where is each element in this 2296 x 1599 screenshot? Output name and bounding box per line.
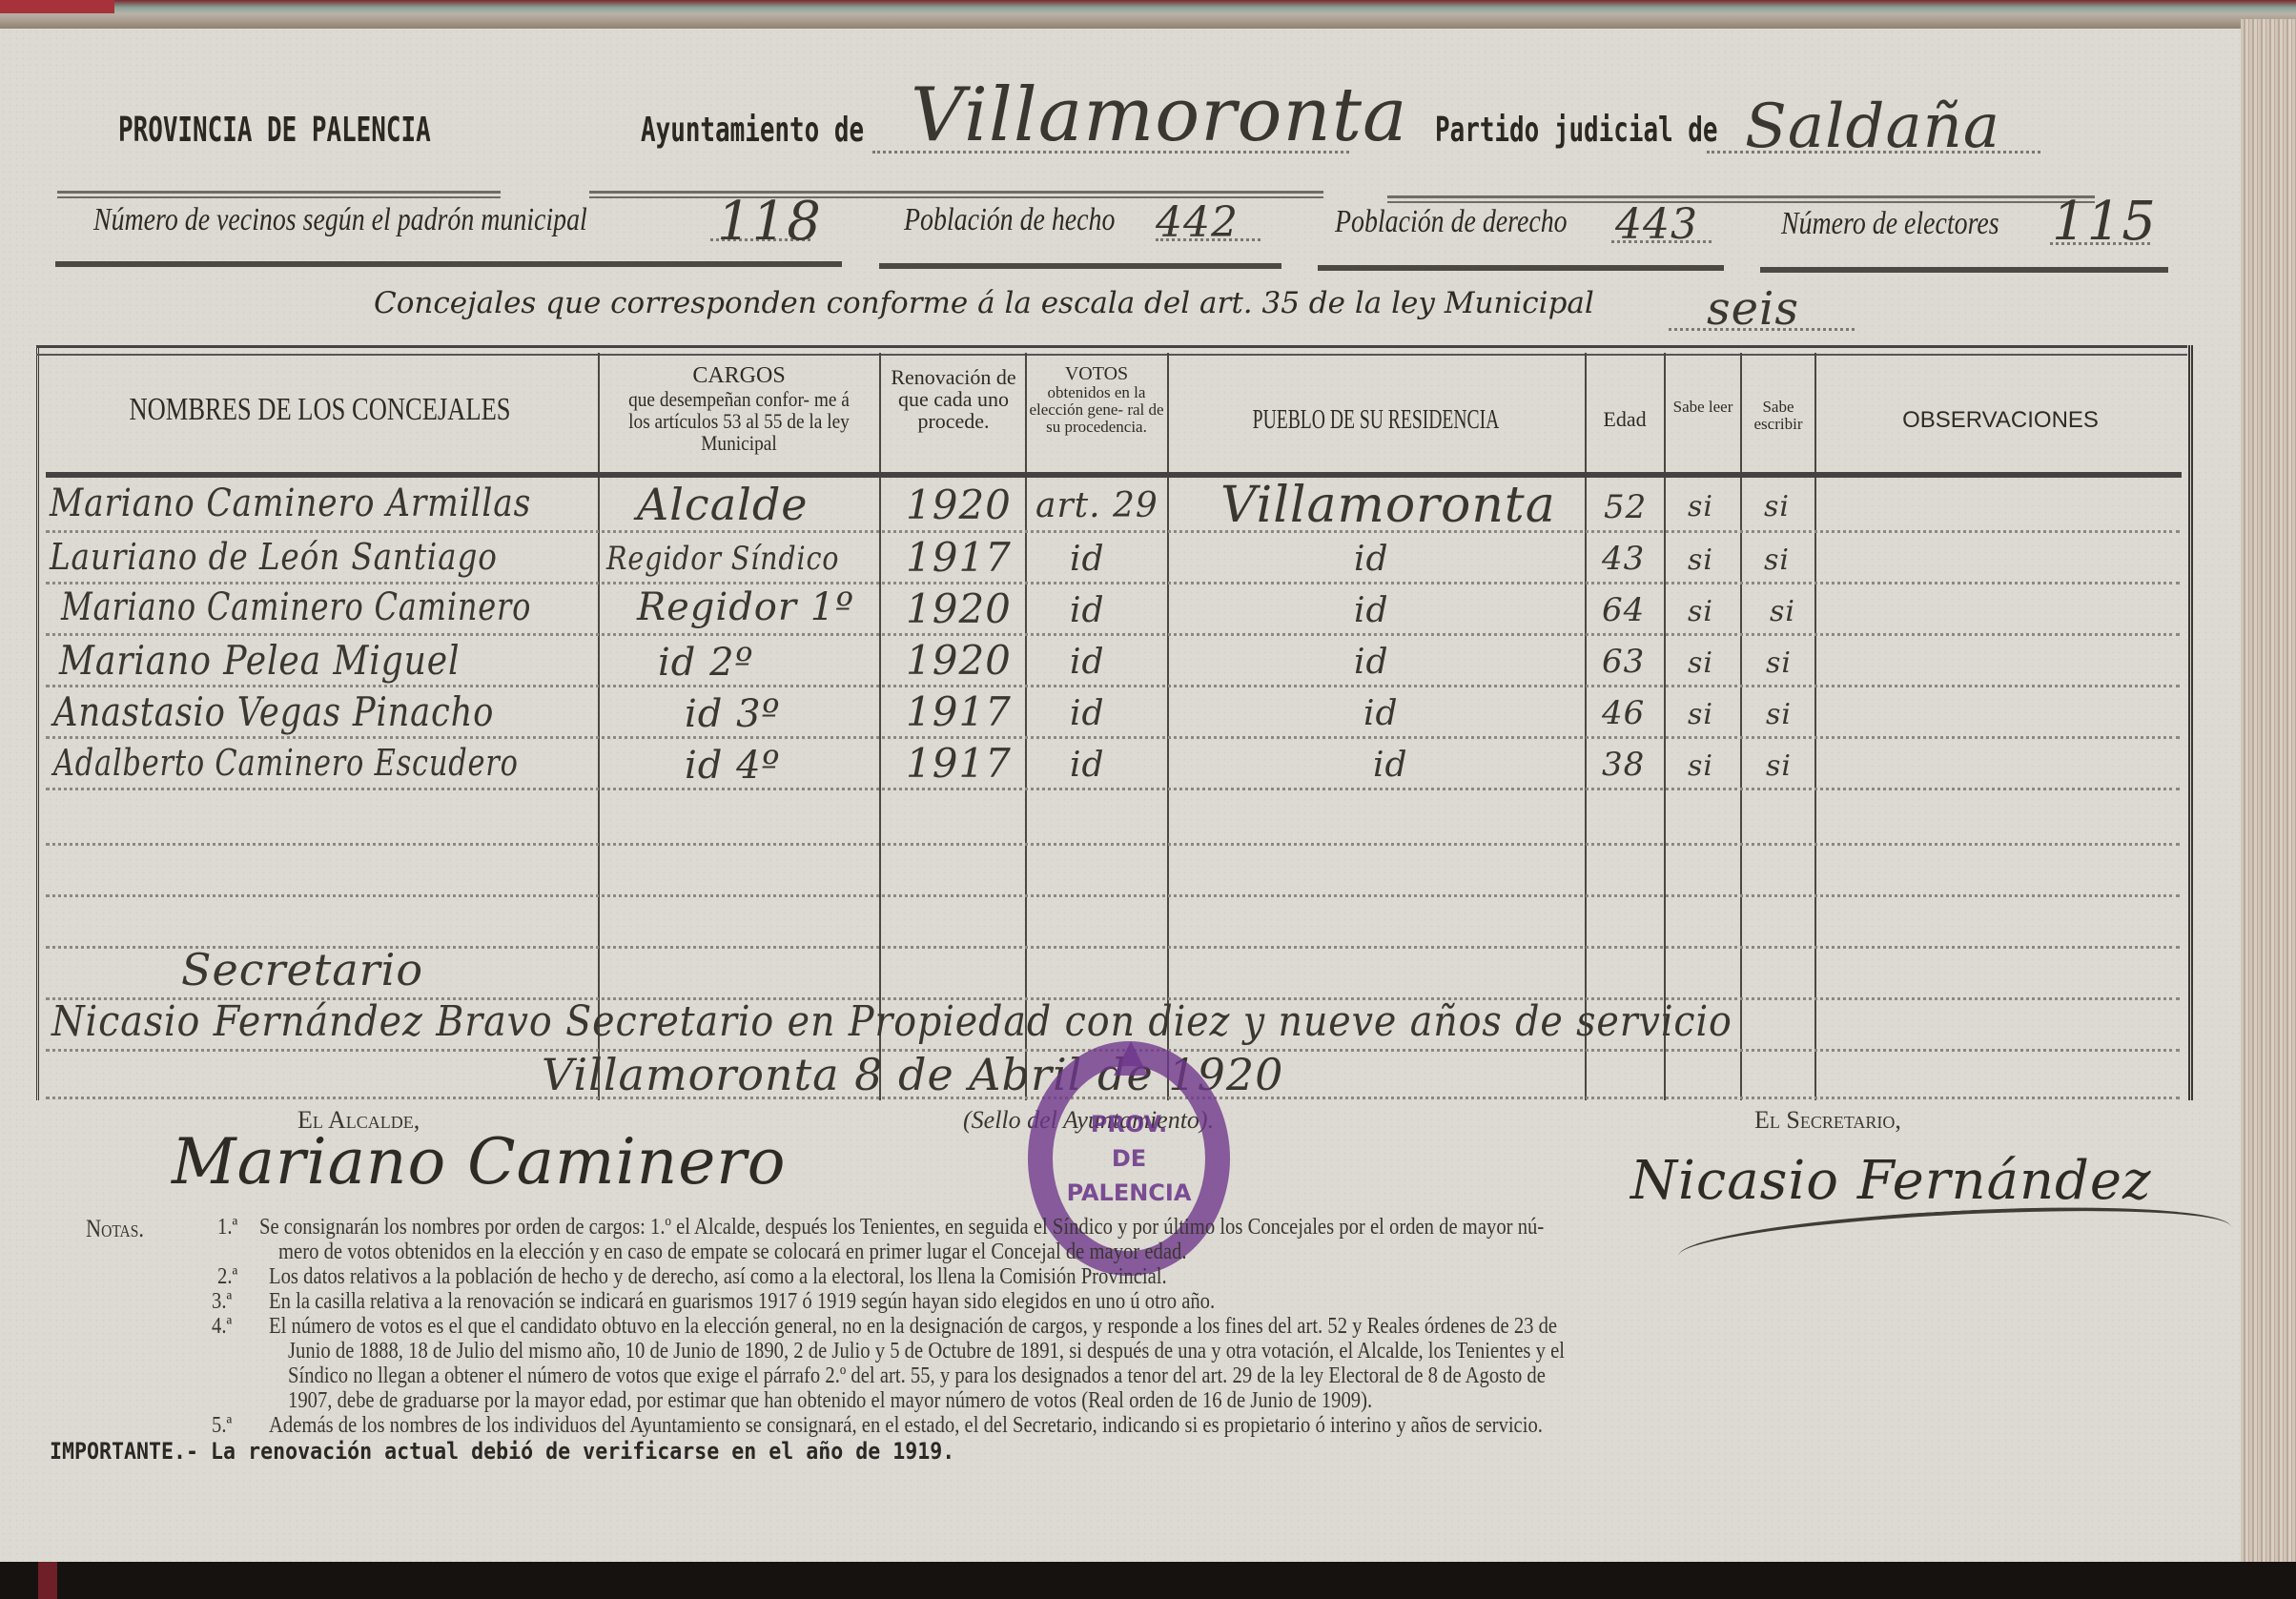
cell-cargo: Alcalde (637, 479, 809, 530)
column-header-pueblo: PUEBLO DE SU RESIDENCIA (1233, 406, 1520, 434)
column-divider (1025, 353, 1027, 1100)
column-header-cargos-title: CARGOS (601, 364, 877, 388)
poblacion-derecho-value: 443 (1615, 200, 1698, 249)
cell-votos: id (1070, 643, 1105, 682)
divider (1760, 267, 2168, 273)
cell-votos: id (1070, 591, 1105, 630)
table-top-rule (36, 345, 2187, 356)
cell-sabe-leer: si (1688, 595, 1713, 628)
column-header-edad: Edad (1587, 408, 1663, 430)
secretario-line: Nicasio Fernández Bravo Secretario en Pr… (51, 997, 1732, 1046)
cell-sabe-leer: si (1688, 646, 1713, 680)
note-line: mero de votos obtenidos en la elección y… (278, 1240, 1187, 1265)
important-notice: IMPORTANTE.- La renovación actual debió … (50, 1438, 954, 1465)
column-divider (1740, 353, 1742, 1100)
row-guide (46, 736, 2180, 739)
cell-edad: 64 (1602, 591, 1645, 629)
divider (1387, 195, 2095, 203)
cell-sabe-escribir: si (1766, 749, 1792, 783)
stamp-line: PROV. (1091, 1107, 1167, 1141)
column-divider (1585, 353, 1587, 1100)
note-number: 3.ª (212, 1289, 232, 1315)
secretario-label: El Secretario, (1754, 1106, 1901, 1135)
cell-renovacion: 1917 (906, 534, 1012, 581)
column-header-cargos: CARGOS que desempeñan confor- me á los a… (601, 364, 877, 454)
cell-sabe-escribir: si (1766, 646, 1792, 680)
cell-edad: 63 (1602, 643, 1645, 681)
row-guide (46, 633, 2180, 636)
column-header-votos-desc: obtenidos en la elección gene- ral de su… (1028, 384, 1165, 436)
column-header-renovacion: Renovación de que cada uno procede. (883, 366, 1024, 432)
cell-votos: id (1070, 694, 1105, 733)
cell-sabe-leer: si (1688, 749, 1713, 783)
poblacion-derecho-label: Población de derecho (1335, 204, 1568, 240)
divider (1318, 265, 1724, 271)
column-header-observaciones: OBSERVACIONES (1817, 408, 2183, 432)
note-line: Síndico no llegan a obtener el número de… (288, 1363, 1546, 1389)
column-header-votos-title: VOTOS (1028, 364, 1165, 384)
row-guide (46, 894, 2180, 897)
cell-renovacion: 1920 (906, 585, 1012, 632)
note-number: 1.ª (217, 1215, 237, 1240)
cell-renovacion: 1920 (906, 637, 1012, 684)
cell-sabe-escribir: si (1764, 543, 1790, 577)
cell-sabe-leer: si (1688, 543, 1713, 577)
cell-edad: 52 (1604, 488, 1647, 526)
note-line: El número de votos es el que el candidat… (269, 1314, 1557, 1340)
cell-nombre: Mariano Caminero Caminero (61, 585, 531, 629)
divider (55, 261, 842, 267)
row-guide (46, 843, 2180, 846)
divider (879, 263, 1281, 269)
column-divider (598, 353, 600, 1100)
partido-label: Partido judicial de (1435, 111, 1718, 150)
province-title: PROVINCIA DE PALENCIA (118, 111, 431, 150)
cell-nombre: Anastasio Vegas Pinacho (53, 688, 494, 735)
cell-sabe-leer: si (1688, 490, 1713, 523)
partido-value: Saldaña (1745, 92, 2000, 162)
cell-renovacion: 1917 (906, 688, 1012, 735)
note-line: Los datos relativos a la población de he… (269, 1264, 1167, 1290)
secretario-heading: Secretario (181, 944, 423, 995)
stamp-line: DE (1112, 1141, 1146, 1176)
cell-nombre: Lauriano de León Santiago (50, 536, 498, 578)
column-header-nombres: NOMBRES DE LOS CONCEJALES (106, 393, 534, 427)
row-guide (46, 788, 2180, 790)
poblacion-hecho-label: Población de hecho (904, 202, 1115, 238)
cell-sabe-escribir: si (1766, 698, 1792, 731)
note-line: En la casilla relativa a la renovación s… (269, 1289, 1215, 1315)
cell-sabe-escribir: si (1764, 490, 1790, 523)
secretario-signature: Nicasio Fernández (1630, 1150, 2152, 1212)
column-header-sabe-escribir: Sabe escribir (1743, 399, 1814, 433)
column-header-cargos-desc: que desempeñan confor- me á los artículo… (617, 388, 860, 454)
cell-nombre: Mariano Pelea Miguel (59, 637, 460, 684)
book-bottom-edge (0, 1562, 2296, 1599)
book-top-edge (0, 0, 2296, 32)
row-guide (46, 685, 2180, 687)
cell-sabe-escribir: si (1770, 595, 1795, 628)
cell-votos: id (1070, 746, 1105, 785)
cell-pueblo: id (1354, 540, 1389, 579)
alcalde-signature: Mariano Caminero (172, 1125, 787, 1199)
cell-sabe-leer: si (1688, 698, 1713, 731)
note-number: 4.ª (212, 1314, 232, 1340)
column-divider (879, 353, 881, 1100)
row-guide (46, 530, 2180, 533)
header-rule (46, 472, 2182, 478)
column-divider (1814, 353, 1816, 1100)
concejales-value: seis (1707, 282, 1799, 336)
cell-cargo: Regidor 1º (637, 585, 854, 629)
cell-cargo: id 2º (658, 641, 753, 685)
row-guide (46, 582, 2180, 584)
note-line: Se consignarán los nombres por orden de … (259, 1215, 1544, 1240)
note-number: 5.ª (212, 1413, 232, 1439)
note-line: 1907, debe de graduarse por la mayor eda… (288, 1388, 1372, 1414)
concejales-label: Concejales que corresponden conforme á l… (374, 286, 1594, 320)
cell-edad: 38 (1602, 746, 1645, 784)
cell-cargo: id 3º (685, 692, 780, 736)
notes-label: Notas. (86, 1215, 144, 1243)
vecinos-value: 118 (717, 191, 822, 253)
note-line: Junio de 1888, 18 de Julio del mismo año… (288, 1339, 1565, 1364)
cell-votos: art. 29 (1035, 486, 1158, 525)
ayuntamiento-value: Villamoronta (911, 72, 1408, 158)
cell-nombre: Mariano Caminero Armillas (50, 482, 531, 525)
cell-cargo: Regidor Síndico (606, 540, 839, 578)
book-page-edges (2241, 19, 2296, 1573)
cell-cargo: id 4º (685, 744, 780, 788)
column-header-votos: VOTOS obtenidos en la elección gene- ral… (1028, 364, 1165, 436)
cell-pueblo: id (1354, 591, 1389, 630)
cell-pueblo: id (1373, 746, 1408, 785)
cell-nombre: Adalberto Caminero Escudero (53, 742, 519, 784)
ayuntamiento-label: Ayuntamiento de (641, 111, 864, 150)
electores-value: 115 (2052, 191, 2157, 253)
column-header-sabe-leer: Sabe leer (1667, 399, 1739, 416)
note-number: 2.ª (217, 1264, 237, 1290)
cell-edad: 43 (1602, 540, 1645, 578)
cell-pueblo: id (1354, 643, 1389, 682)
cell-renovacion: 1917 (906, 740, 1012, 787)
cell-pueblo: id (1363, 694, 1399, 733)
cell-pueblo: Villamoronta (1220, 477, 1556, 534)
poblacion-hecho-value: 442 (1156, 198, 1239, 247)
divider (589, 191, 1323, 198)
vecinos-label: Número de vecinos según el padrón munici… (93, 202, 587, 238)
note-line: Además de los nombres de los individuos … (269, 1413, 1543, 1439)
cell-votos: id (1070, 540, 1105, 579)
cell-renovacion: 1920 (906, 482, 1012, 528)
book-ribbon (0, 0, 114, 13)
column-divider (1664, 353, 1666, 1100)
stamp-line: PALENCIA (1067, 1176, 1192, 1210)
book-ribbon-bottom (38, 1562, 57, 1599)
electores-label: Número de electores (1781, 206, 1999, 242)
cell-edad: 46 (1602, 694, 1645, 732)
divider (57, 191, 501, 198)
column-divider (1167, 353, 1169, 1100)
